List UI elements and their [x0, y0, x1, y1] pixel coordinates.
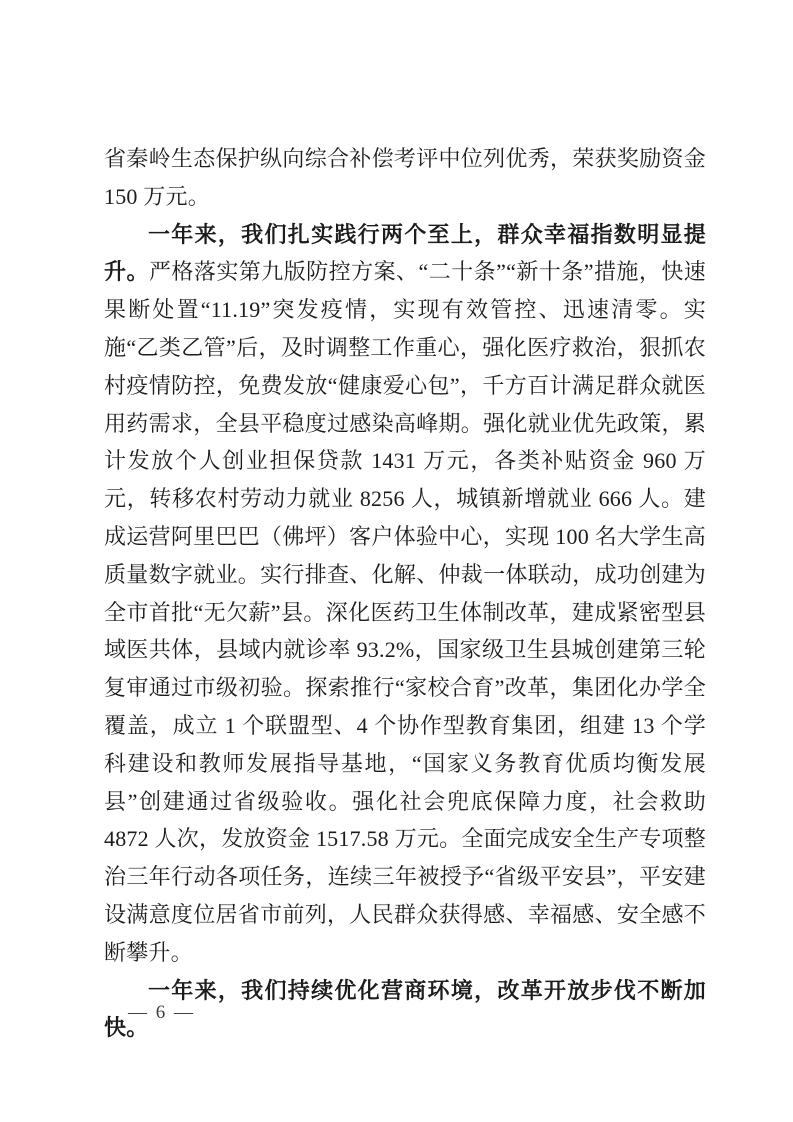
document-page: 省秦岭生态保护纵向综合补偿考评中位列优秀，荣获奖励资金 150 万元。 一年来，… [0, 0, 793, 1122]
paragraph-text: 省秦岭生态保护纵向综合补偿考评中位列优秀，荣获奖励资金 150 万元。 [104, 146, 706, 209]
paragraph-text: 严格落实第九版防控方案、“二十条”“新十条”措施，快速果断处置“11.19”突发… [104, 259, 706, 964]
paragraph-people-wellbeing: 一年来，我们扎实践行两个至上，群众幸福指数明显提升。严格落实第九版防控方案、“二… [104, 216, 706, 972]
document-body: 省秦岭生态保护纵向综合补偿考评中位列优秀，荣获奖励资金 150 万元。 一年来，… [104, 140, 706, 1047]
page-number: — 6 — [128, 1002, 195, 1024]
paragraph-continuation: 省秦岭生态保护纵向综合补偿考评中位列优秀，荣获奖励资金 150 万元。 [104, 140, 706, 216]
